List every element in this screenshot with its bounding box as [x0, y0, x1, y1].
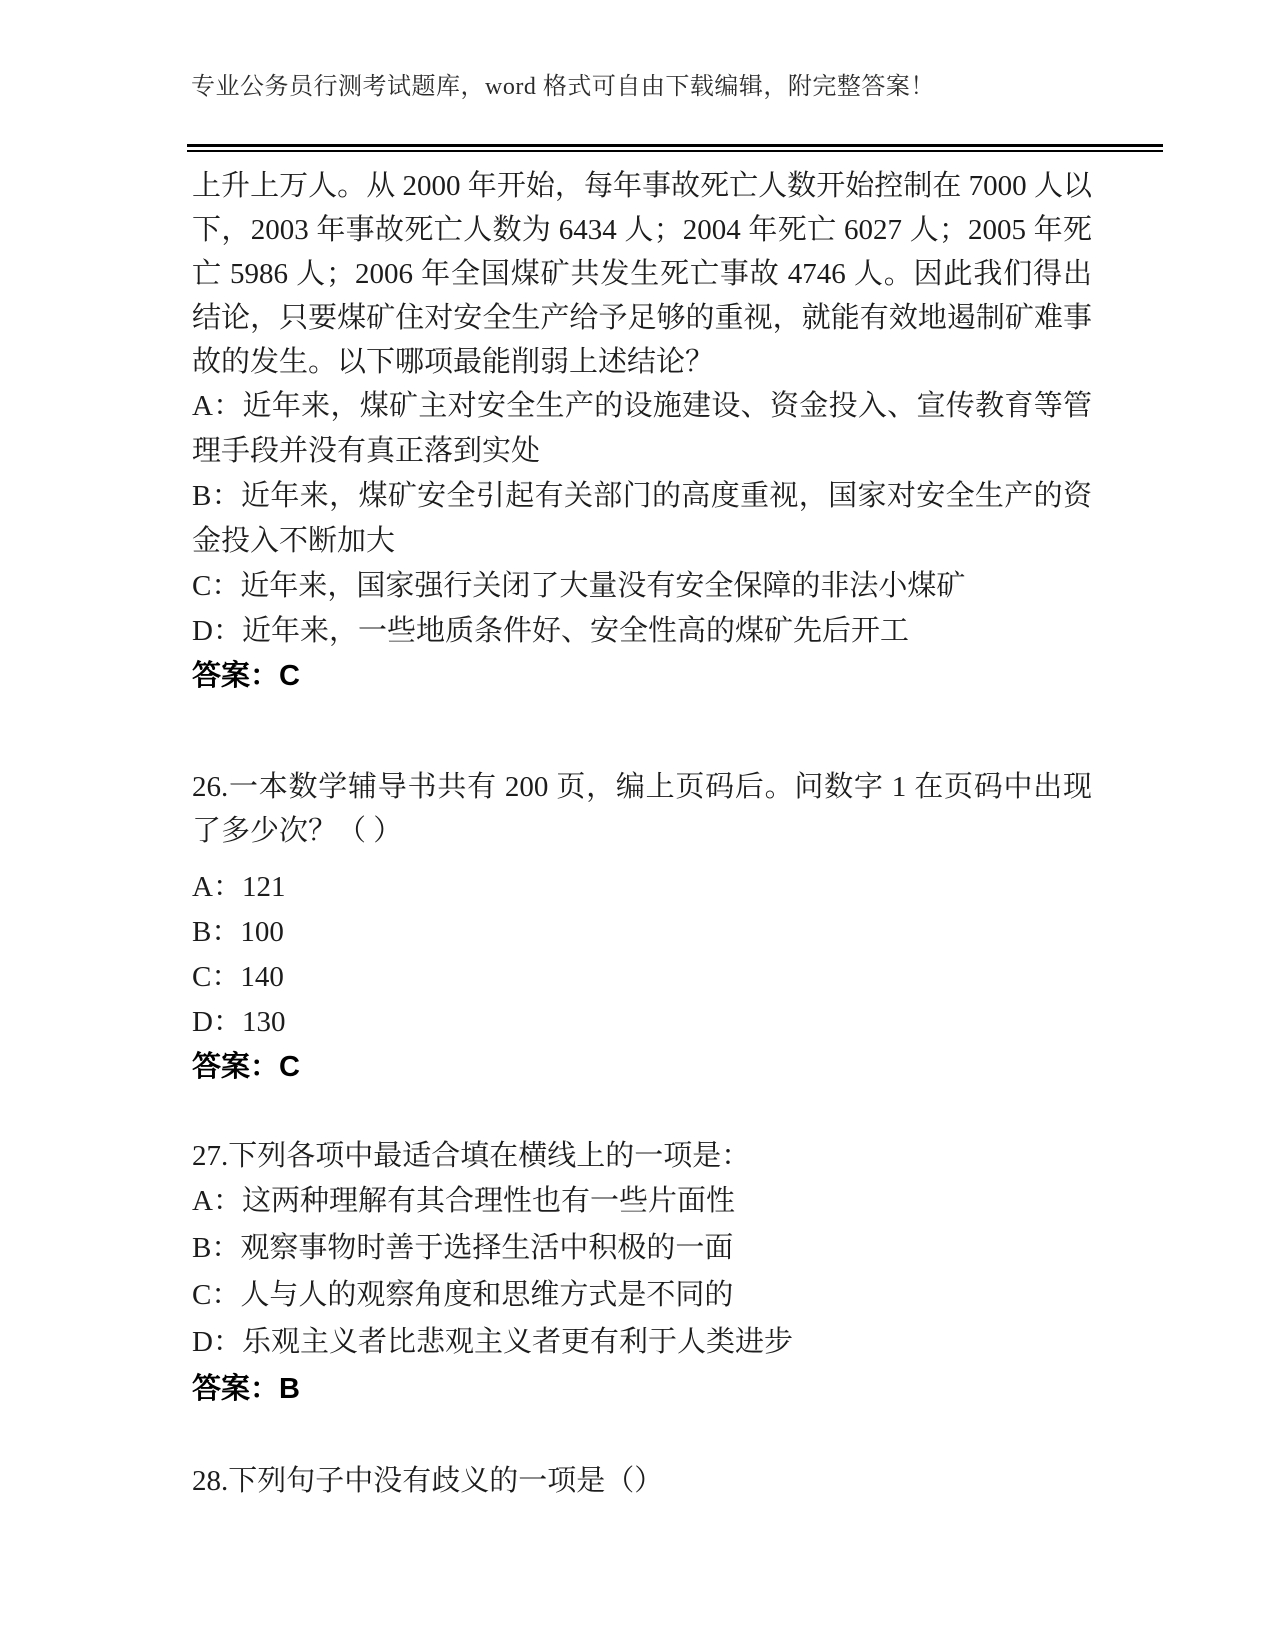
answer-line: 答案：C — [192, 654, 1092, 699]
option-d: D：130 — [192, 1000, 1092, 1045]
document-page: 专业公务员行测考试题库，word 格式可自由下载编辑，附完整答案！ 上升上万人。… — [0, 0, 1275, 1650]
option-c: C：140 — [192, 955, 1092, 1000]
question-stem: 28.下列句子中没有歧义的一项是（） — [192, 1459, 1092, 1503]
option-a: A：近年来，煤矿主对安全生产的设施建设、资金投入、宣传教育等管理手段并没有真正落… — [192, 384, 1092, 474]
answer-line: 答案：C — [192, 1045, 1092, 1090]
question-stem: 26.一本数学辅导书共有 200 页，编上页码后。问数字 1 在页码中出现了多少… — [192, 765, 1092, 853]
option-d: D：近年来，一些地质条件好、安全性高的煤矿先后开工 — [192, 609, 1092, 654]
question-stem: 上升上万人。从 2000 年开始，每年事故死亡人数开始控制在 7000 人以下，… — [192, 164, 1092, 384]
question-block-26: 26.一本数学辅导书共有 200 页，编上页码后。问数字 1 在页码中出现了多少… — [192, 765, 1092, 1090]
option-group: A：121 B：100 C：140 D：130 — [192, 865, 1092, 1045]
option-group: A：近年来，煤矿主对安全生产的设施建设、资金投入、宣传教育等管理手段并没有真正落… — [192, 384, 1092, 654]
option-b: B：100 — [192, 910, 1092, 955]
question-block-25: 上升上万人。从 2000 年开始，每年事故死亡人数开始控制在 7000 人以下，… — [192, 164, 1092, 699]
option-c: C：近年来，国家强行关闭了大量没有安全保障的非法小煤矿 — [192, 564, 1092, 609]
question-stem: 27.下列各项中最适合填在横线上的一项是： — [192, 1134, 1092, 1178]
answer-line: 答案：B — [192, 1366, 1092, 1413]
option-a: A：121 — [192, 865, 1092, 910]
option-a: A：这两种理解有其合理性也有一些片面性 — [192, 1178, 1092, 1225]
question-block-28: 28.下列句子中没有歧义的一项是（） — [192, 1459, 1092, 1503]
option-d: D：乐观主义者比悲观主义者更有利于人类进步 — [192, 1319, 1092, 1366]
option-group: A：这两种理解有其合理性也有一些片面性 B：观察事物时善于选择生活中积极的一面 … — [192, 1178, 1092, 1366]
header-text: 专业公务员行测考试题库，word 格式可自由下载编辑，附完整答案！ — [0, 0, 1275, 104]
option-b: B：近年来，煤矿安全引起有关部门的高度重视，国家对安全生产的资金投入不断加大 — [192, 474, 1092, 564]
document-content: 上升上万人。从 2000 年开始，每年事故死亡人数开始控制在 7000 人以下，… — [192, 164, 1092, 1503]
question-block-27: 27.下列各项中最适合填在横线上的一项是： A：这两种理解有其合理性也有一些片面… — [192, 1134, 1092, 1413]
header-divider — [187, 144, 1163, 152]
option-b: B：观察事物时善于选择生活中积极的一面 — [192, 1225, 1092, 1272]
option-c: C：人与人的观察角度和思维方式是不同的 — [192, 1272, 1092, 1319]
page-header: 专业公务员行测考试题库，word 格式可自由下载编辑，附完整答案！ — [0, 0, 1275, 152]
